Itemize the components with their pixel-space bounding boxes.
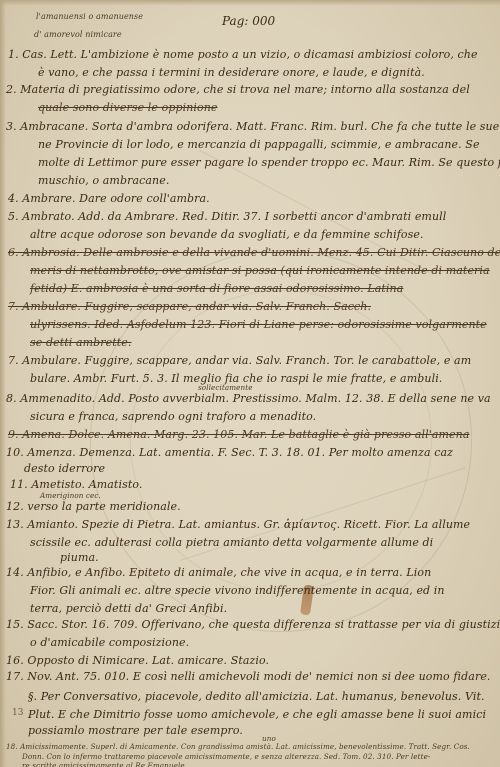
page-label: Pag: 000 — [222, 14, 275, 28]
entry-line: Donn. Con lo infermo trattaremo piacevol… — [22, 752, 430, 761]
entry-line: altre acque odorose son bevande da svogl… — [30, 228, 424, 242]
struck-entry-line: se detti ambrette. — [30, 336, 132, 350]
entry-line: piuma. — [60, 551, 99, 565]
entry-line: è vano, e che passa i termini in desider… — [38, 66, 425, 80]
entry-line: 11. Ametisto. Amatisto. — [10, 478, 142, 492]
entry-line: scissile ec. adulterasi colla pietra ami… — [30, 536, 433, 550]
struck-entry-line: meris di nettambrotto, ove amistar si po… — [30, 264, 490, 278]
paper-edge-left — [0, 0, 6, 767]
entry-line: 5. Ambrato. Add. da Ambrare. Red. Ditir.… — [8, 210, 446, 224]
entry-line: molte di Lettimor pure esser pagare lo s… — [38, 156, 500, 170]
entry-line: re scritte amicissimamente al Re Emanuel… — [22, 761, 187, 767]
entry-line: 2. Materia di pregiatissimo odore, che s… — [6, 83, 470, 97]
entry-line: l'amanuensi o amanuense — [36, 12, 143, 22]
entry-line: 10. Amenza. Demenza. Lat. amentia. F. Se… — [6, 446, 453, 460]
entry-line: muschio, o ambracane. — [38, 174, 169, 188]
entry-line: Plut. E che Dimitrio fosse uomo amichevo… — [28, 708, 486, 722]
entry-line: terra, perciò detti da' Greci Anfibi. — [30, 602, 227, 616]
entry-line: 14. Anfibio, e Anfibo. Epiteto di animal… — [6, 566, 431, 580]
entry-line: 13. Amianto. Spezie di Pietra. Lat. amia… — [6, 518, 470, 532]
entry-line: 7. Ambulare. Fuggire, scappare, andar vi… — [8, 354, 471, 368]
manuscript-page: Pag: 000 13 l'amanuensi o amanuensed' am… — [0, 0, 500, 767]
entry-line: 15. Sacc. Stor. 16. 709. Offerivano, che… — [6, 618, 500, 632]
struck-entry-line: quale sono diverse le oppinione — [38, 101, 218, 115]
entry-line: desto iderrore — [24, 462, 105, 476]
entry-line: ne Provincie di lor lodo, e mercanzia di… — [38, 138, 480, 152]
struck-entry-line: fetida) E. ambrosia è una sorta di fiore… — [30, 282, 403, 296]
entry-line: d' amorevol nimicare — [34, 30, 122, 40]
entry-line: 18. Amicissimamente. Superl. di Amicamen… — [6, 742, 470, 751]
entry-line: sicura e franca, saprendo ogni traforo a… — [30, 410, 316, 424]
entry-line: 3. Ambracane. Sorta d'ambra odorifera. M… — [6, 120, 499, 134]
entry-line: 8. Ammenadito. Add. Posto avverbialm. Pr… — [6, 392, 491, 406]
entry-line: sollecitamente — [198, 383, 253, 392]
entry-line: o d'amicabile composizione. — [30, 636, 189, 650]
struck-entry-line: 6. Ambrosia. Delle ambrosie e della viva… — [8, 246, 500, 260]
entry-line: possiamlo mostrare per tale esempro. — [28, 724, 243, 738]
struck-entry-line: 7. Ambulare. Fuggire, scappare, andar vi… — [8, 300, 371, 314]
entry-line: 4. Ambrare. Dare odore coll'ambra. — [8, 192, 210, 206]
entry-line: 17. Nov. Ant. 75. 010. E così nelli amic… — [6, 670, 491, 684]
entry-line: 12. verso la parte meridionale. — [6, 500, 181, 514]
entry-line: Ameriginon cec. — [40, 491, 101, 500]
margin-note: 13 — [12, 708, 23, 718]
struck-entry-line: ulyrissens. Ided. Asfodelum 123. Fiori d… — [30, 318, 487, 332]
entry-line: 1. Cas. Lett. L'ambizione è nome posto a… — [8, 48, 478, 62]
paper-edge-top — [0, 0, 500, 6]
entry-line: 16. Opposto di Nimicare. Lat. amicare. S… — [6, 654, 269, 668]
entry-line: §. Per Conversativo, piacevole, dedito a… — [28, 690, 485, 704]
entry-line: Fior. Gli animali ec. altre specie vivon… — [30, 584, 445, 598]
struck-entry-line: 9. Amena. Dolce. Amena. Marg. 23. 105. M… — [8, 428, 470, 442]
